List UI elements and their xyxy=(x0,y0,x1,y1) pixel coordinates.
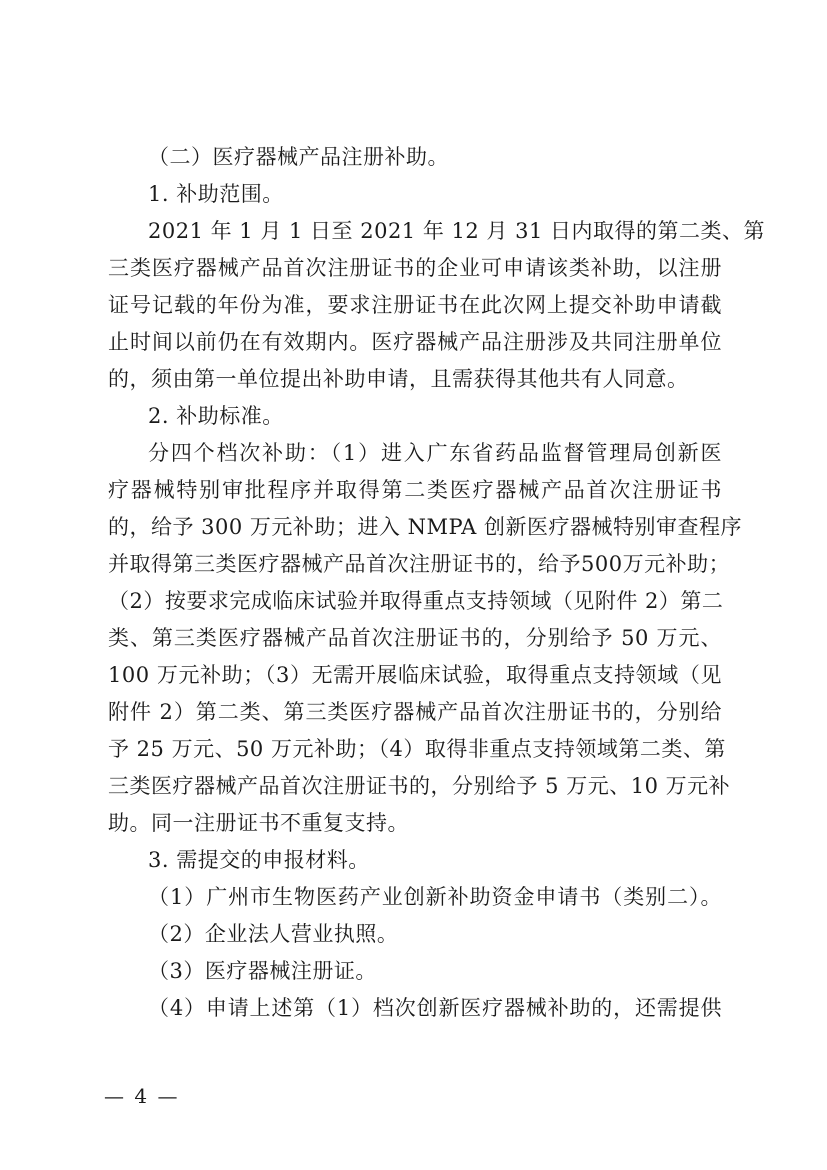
section-heading: （二）医疗器械产品注册补助。 xyxy=(148,139,722,175)
scope-paragraph-line: 三类医疗器械产品首次注册证书的企业可申请该类补助，以注册 xyxy=(108,250,722,286)
scope-paragraph-line: 止时间以前仍在有效期内。医疗器械产品注册涉及共同注册单位 xyxy=(108,324,722,360)
standard-paragraph-line: （2）按要求完成临床试验并取得重点支持领域（见附件 2）第二 xyxy=(108,583,722,619)
materials-item: （2）企业法人营业执照。 xyxy=(148,916,722,952)
subsection-heading-scope: 1. 补助范围。 xyxy=(148,176,722,212)
scope-paragraph-line: 2021 年 1 月 1 日至 2021 年 12 月 31 日内取得的第二类、… xyxy=(148,213,722,249)
standard-paragraph-line: 100 万元补助；（3）无需开展临床试验，取得重点支持领域（见 xyxy=(108,657,722,693)
scope-paragraph-line: 的，须由第一单位提出补助申请，且需获得其他共有人同意。 xyxy=(108,361,722,397)
scope-paragraph-line: 证号记载的年份为准，要求注册证书在此次网上提交补助申请截 xyxy=(108,287,722,323)
document-page: （二）医疗器械产品注册补助。 1. 补助范围。 2021 年 1 月 1 日至 … xyxy=(0,0,827,1170)
materials-item: （1）广州市生物医药产业创新补助资金申请书（类别二）。 xyxy=(148,879,722,915)
standard-paragraph-line: 助。同一注册证书不重复支持。 xyxy=(108,805,722,841)
materials-item: （3）医疗器械注册证。 xyxy=(148,953,722,989)
standard-paragraph-line: 三类医疗器械产品首次注册证书的，分别给予 5 万元、10 万元补 xyxy=(108,768,722,804)
standard-paragraph-line: 并取得第三类医疗器械产品首次注册证书的，给予500万元补助； xyxy=(108,546,722,582)
subsection-heading-materials: 3. 需提交的申报材料。 xyxy=(148,842,722,878)
materials-item: （4）申请上述第（1）档次创新医疗器械补助的，还需提供 xyxy=(148,990,722,1026)
standard-paragraph-line: 疗器械特别审批程序并取得第二类医疗器械产品首次注册证书 xyxy=(108,472,722,508)
standard-paragraph-line: 予 25 万元、50 万元补助；（4）取得非重点支持领域第二类、第 xyxy=(108,731,722,767)
subsection-heading-standard: 2. 补助标准。 xyxy=(148,398,722,434)
page-number: — 4 — xyxy=(104,1081,179,1111)
standard-paragraph-line: 分四个档次补助：（1）进入广东省药品监督管理局创新医 xyxy=(148,435,722,471)
standard-paragraph-line: 的，给予 300 万元补助；进入 NMPA 创新医疗器械特别审查程序 xyxy=(108,509,722,545)
standard-paragraph-line: 类、第三类医疗器械产品首次注册证书的，分别给予 50 万元、 xyxy=(108,620,722,656)
standard-paragraph-line: 附件 2）第二类、第三类医疗器械产品首次注册证书的，分别给 xyxy=(108,694,722,730)
